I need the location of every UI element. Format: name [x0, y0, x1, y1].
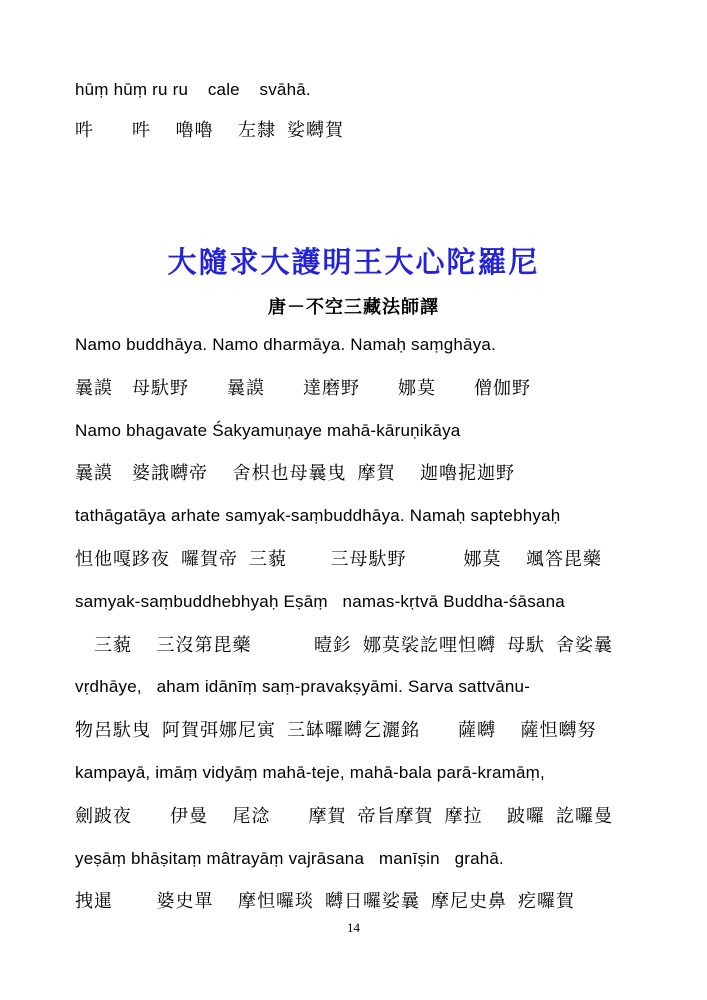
opening-latin-line: hūṃ hūṃ ru ru cale svāhā. — [75, 80, 677, 100]
verse-chinese-line: 曩謨 婆誐嚩帝 舍枳也母曩曳 摩賀 迦嚕抳迦野 — [75, 452, 677, 495]
verse-chinese-line: 劍跛夜 伊曼 尾淰 摩賀 帝旨摩賀 摩拉 跛囉 訖囉曼 — [75, 795, 677, 838]
verse-latin-line: kampayā, imāṃ vidyāṃ mahā-teje, mahā-bal… — [75, 752, 677, 795]
verse-chinese-line: 物呂馱曳 阿賀弭娜尼寅 三缽囉嚩乞灑銘 薩嚩 薩怛嚩努 — [75, 709, 677, 752]
page-number: 14 — [0, 920, 707, 936]
opening-chinese-line: 吽 吽 嚕嚕 左隸 娑嚩賀 — [75, 116, 677, 142]
verse-chinese-line: 三藐 三沒第毘藥 曀釤 娜莫裟訖哩怛嚩 母馱 舍娑曩 — [75, 624, 677, 667]
verse-latin-line: yeṣāṃ bhāṣitaṃ mâtrayāṃ vajrāsana manīṣi… — [75, 838, 677, 881]
verse-chinese-line: 曩謨 母馱野 曩謨 達磨野 娜莫 僧伽野 — [75, 367, 677, 410]
verse-latin-line: tathāgatāya arhate samyak-saṃbuddhāya. N… — [75, 495, 677, 538]
verse-chinese-line: 拽暹 婆史單 摩怛囉琰 嚩日囉娑曩 摩尼史鼻 疙囉賀 — [75, 880, 677, 923]
verse-latin-line: Namo buddhāya. Namo dharmāya. Namaḥ saṃg… — [75, 324, 677, 367]
document-page: hūṃ hūṃ ru ru cale svāhā. 吽 吽 嚕嚕 左隸 娑嚩賀 … — [0, 0, 707, 1000]
page-subtitle: 唐－不空三藏法師譯 — [0, 293, 707, 319]
verse-latin-line: samyak-saṃbuddhebhyaḥ Eṣāṃ namas-kṛtvā B… — [75, 581, 677, 624]
verse-latin-line: Namo bhagavate Śakyamuṇaye mahā-kāruṇikā… — [75, 410, 677, 453]
page-title: 大隨求大護明王大心陀羅尼 — [0, 240, 707, 281]
verse-chinese-line: 怛他嘎跢夜 囉賀帝 三藐 三母馱野 娜莫 颯答毘藥 — [75, 538, 677, 581]
verse-latin-line: vṛdhāye, aham idānīṃ saṃ-pravakṣyāmi. Sa… — [75, 666, 677, 709]
